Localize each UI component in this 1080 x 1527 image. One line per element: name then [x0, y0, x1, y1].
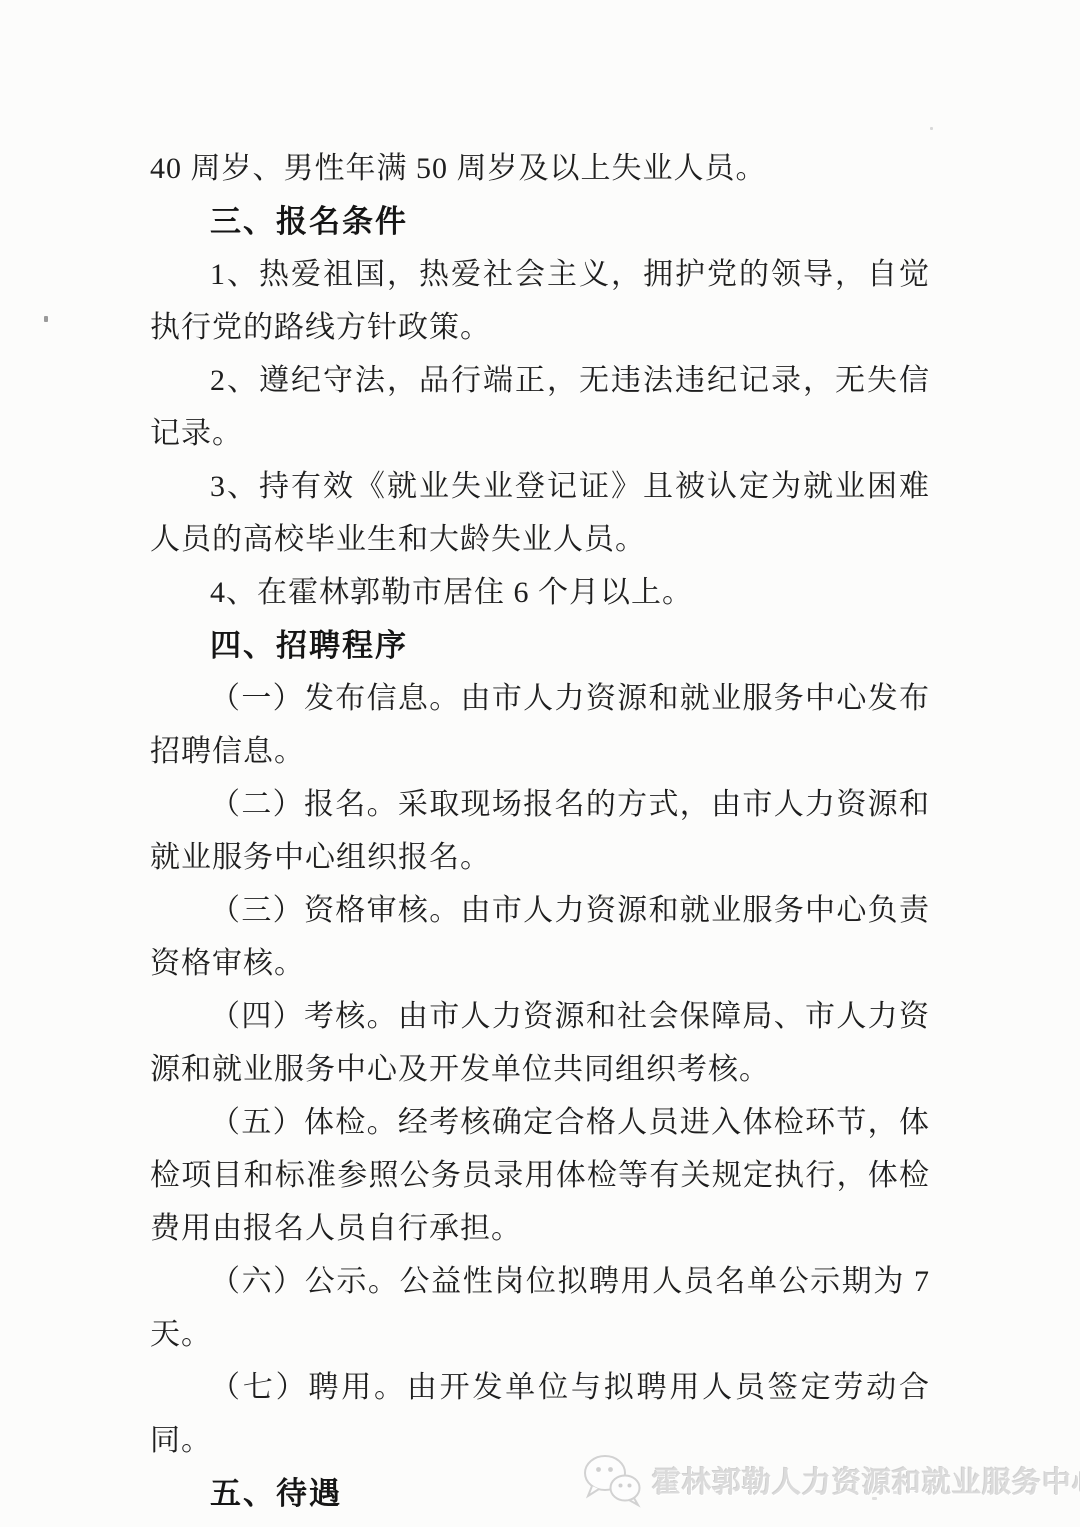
- scan-artifact: [893, 1491, 897, 1494]
- scan-artifact: [872, 1497, 877, 1500]
- scanned-document-page: 40 周岁、男性年满 50 周岁及以上失业人员。三、报名条件1、热爱祖国，热爱社…: [0, 0, 1080, 1527]
- document-body: 40 周岁、男性年满 50 周岁及以上失业人员。三、报名条件1、热爱祖国，热爱社…: [150, 142, 930, 1520]
- paragraph: （五）体检。经考核确定合格人员进入体检环节，体检项目和标准参照公务员录用体检等有…: [150, 1096, 930, 1255]
- paragraph: （四）考核。由市人力资源和社会保障局、市人力资源和就业服务中心及开发单位共同组织…: [150, 990, 930, 1096]
- watermark-text: 霍林郭勒人力资源和就业服务中心: [652, 1460, 1080, 1501]
- section-heading: 三、报名条件: [150, 195, 930, 248]
- paragraph: 3、持有效《就业失业登记证》且被认定为就业困难人员的高校毕业生和大龄失业人员。: [150, 460, 930, 566]
- paragraph: 4、在霍林郭勒市居住 6 个月以上。: [150, 566, 930, 619]
- footer-watermark: 霍林郭勒人力资源和就业服务中心: [582, 1452, 1080, 1508]
- wechat-icon: [582, 1452, 642, 1508]
- paragraph: （二）报名。采取现场报名的方式，由市人力资源和就业服务中心组织报名。: [150, 778, 930, 884]
- scan-artifact: [44, 316, 48, 322]
- paragraph: 40 周岁、男性年满 50 周岁及以上失业人员。: [150, 142, 930, 195]
- section-heading: 四、招聘程序: [150, 619, 930, 672]
- paragraph: 1、热爱祖国，热爱社会主义，拥护党的领导，自觉执行党的路线方针政策。: [150, 248, 930, 354]
- paragraph: 2、遵纪守法，品行端正，无违法违纪记录，无失信记录。: [150, 354, 930, 460]
- scan-artifact: [930, 127, 933, 130]
- paragraph: （六）公示。公益性岗位拟聘用人员名单公示期为 7 天。: [150, 1255, 930, 1361]
- paragraph: （一）发布信息。由市人力资源和就业服务中心发布招聘信息。: [150, 672, 930, 778]
- paragraph: （三）资格审核。由市人力资源和就业服务中心负责资格审核。: [150, 884, 930, 990]
